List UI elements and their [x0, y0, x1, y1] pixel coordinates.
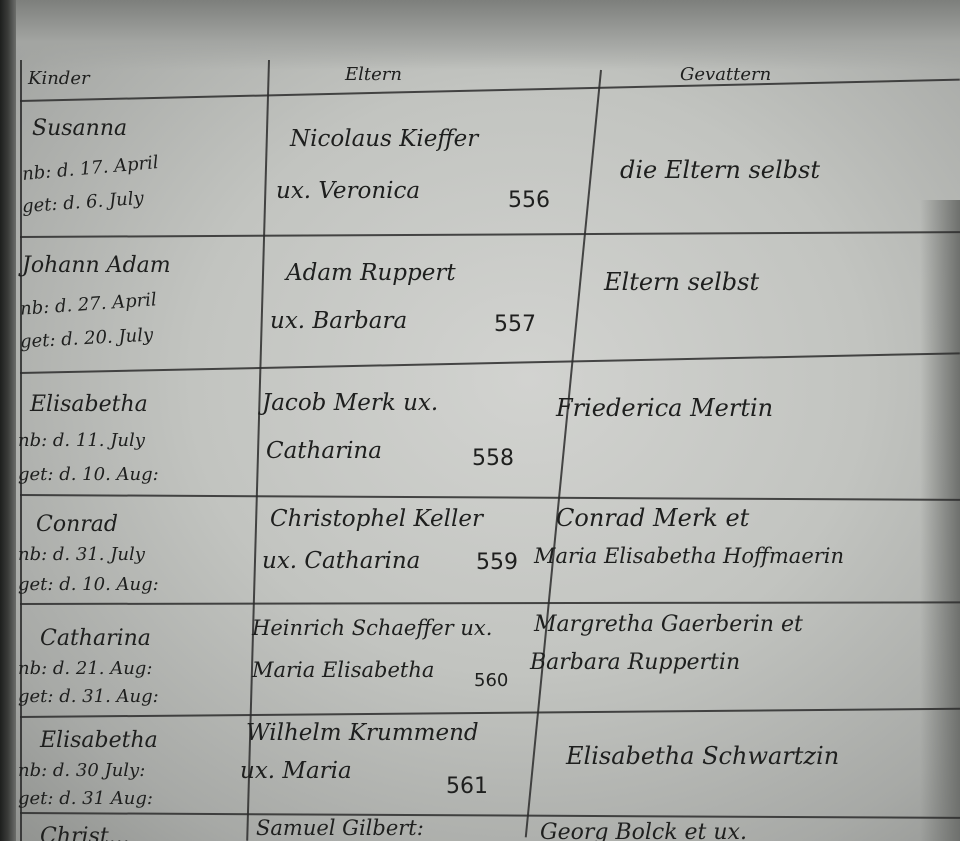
birth-date: nb: d. 27. April: [20, 291, 158, 319]
mother-name: ux. Barbara: [270, 310, 407, 333]
father-name: Jacob Merk ux.: [262, 392, 438, 415]
header-parents: Eltern: [345, 66, 402, 84]
book-binding-edge: [0, 0, 16, 841]
baptism-date: get: d. 6. July: [22, 190, 145, 216]
mother-name: ux. Maria: [240, 760, 352, 783]
godparents: Elisabetha Schwartzin: [566, 744, 839, 768]
mother-name: Catharina: [266, 440, 382, 463]
child-name: Christ...: [40, 826, 130, 841]
child-name: Susanna: [32, 118, 127, 140]
entry-number: 556: [508, 190, 550, 212]
godparents-line-2: Barbara Ruppertin: [530, 652, 740, 674]
godparents-line-1: Conrad Merk et: [556, 506, 749, 530]
godparents: Georg Bolck et ux.: [540, 822, 747, 841]
father-name: Christophel Keller: [270, 508, 483, 531]
entry-number: 560: [474, 672, 508, 690]
row-rule-4: [20, 601, 960, 605]
father-name: Heinrich Schaeffer ux.: [252, 618, 492, 639]
father-name: Samuel Gilbert:: [256, 818, 424, 839]
baptism-date: get: d. 10. Aug:: [18, 576, 159, 594]
child-name: Elisabetha: [40, 730, 158, 752]
header-godparents: Gevattern: [680, 66, 771, 84]
birth-date: nb: d. 17. April: [21, 154, 159, 184]
row-rule-3: [20, 494, 960, 501]
father-name: Wilhelm Krummend: [246, 722, 479, 745]
header-rule: [20, 79, 960, 102]
godparents-line-1: Margretha Gaerberin et: [534, 614, 803, 636]
baptism-date: get: d. 10. Aug:: [18, 466, 159, 484]
child-name: Catharina: [40, 628, 151, 650]
baptism-date: get: d. 31 Aug:: [18, 790, 153, 808]
mother-name: Maria Elisabetha: [252, 660, 434, 681]
baptism-date: get: d. 31. Aug:: [18, 688, 159, 706]
entry-number: 558: [472, 448, 514, 470]
mother-name: ux. Veronica: [276, 180, 420, 203]
child-name: Elisabetha: [30, 394, 148, 416]
row-rule-5: [20, 708, 960, 718]
mother-name: ux. Catharina: [262, 550, 420, 573]
child-name: Johann Adam: [22, 255, 171, 277]
row-rule-6: [20, 812, 960, 819]
birth-date: nb: d. 21. Aug:: [18, 660, 152, 678]
header-children: Kinder: [28, 70, 90, 88]
father-name: Adam Ruppert: [286, 262, 456, 285]
row-rule-2: [20, 352, 960, 374]
father-name: Nicolaus Kieffer: [290, 128, 478, 151]
child-name: Conrad: [36, 514, 118, 536]
photo-top-shadow: [0, 0, 960, 70]
birth-date: nb: d. 30 July:: [18, 762, 145, 780]
register-page: Kinder Eltern Gevattern Susanna nb: d. 1…: [0, 0, 960, 841]
photo-right-shadow: [920, 200, 960, 841]
entry-number: 557: [494, 314, 536, 336]
row-rule-1: [20, 231, 960, 238]
birth-date: nb: d. 31. July: [18, 546, 145, 564]
entry-number: 559: [476, 552, 518, 574]
godparents: die Eltern selbst: [620, 158, 820, 182]
godparents: Eltern selbst: [604, 270, 759, 294]
column-divider-2: [525, 70, 602, 838]
birth-date: nb: d. 11. July: [18, 432, 145, 450]
godparents: Friederica Mertin: [556, 396, 773, 420]
godparents-line-2: Maria Elisabetha Hoffmaerin: [534, 546, 844, 567]
entry-number: 561: [446, 776, 488, 798]
baptism-date: get: d. 20. July: [20, 327, 154, 352]
